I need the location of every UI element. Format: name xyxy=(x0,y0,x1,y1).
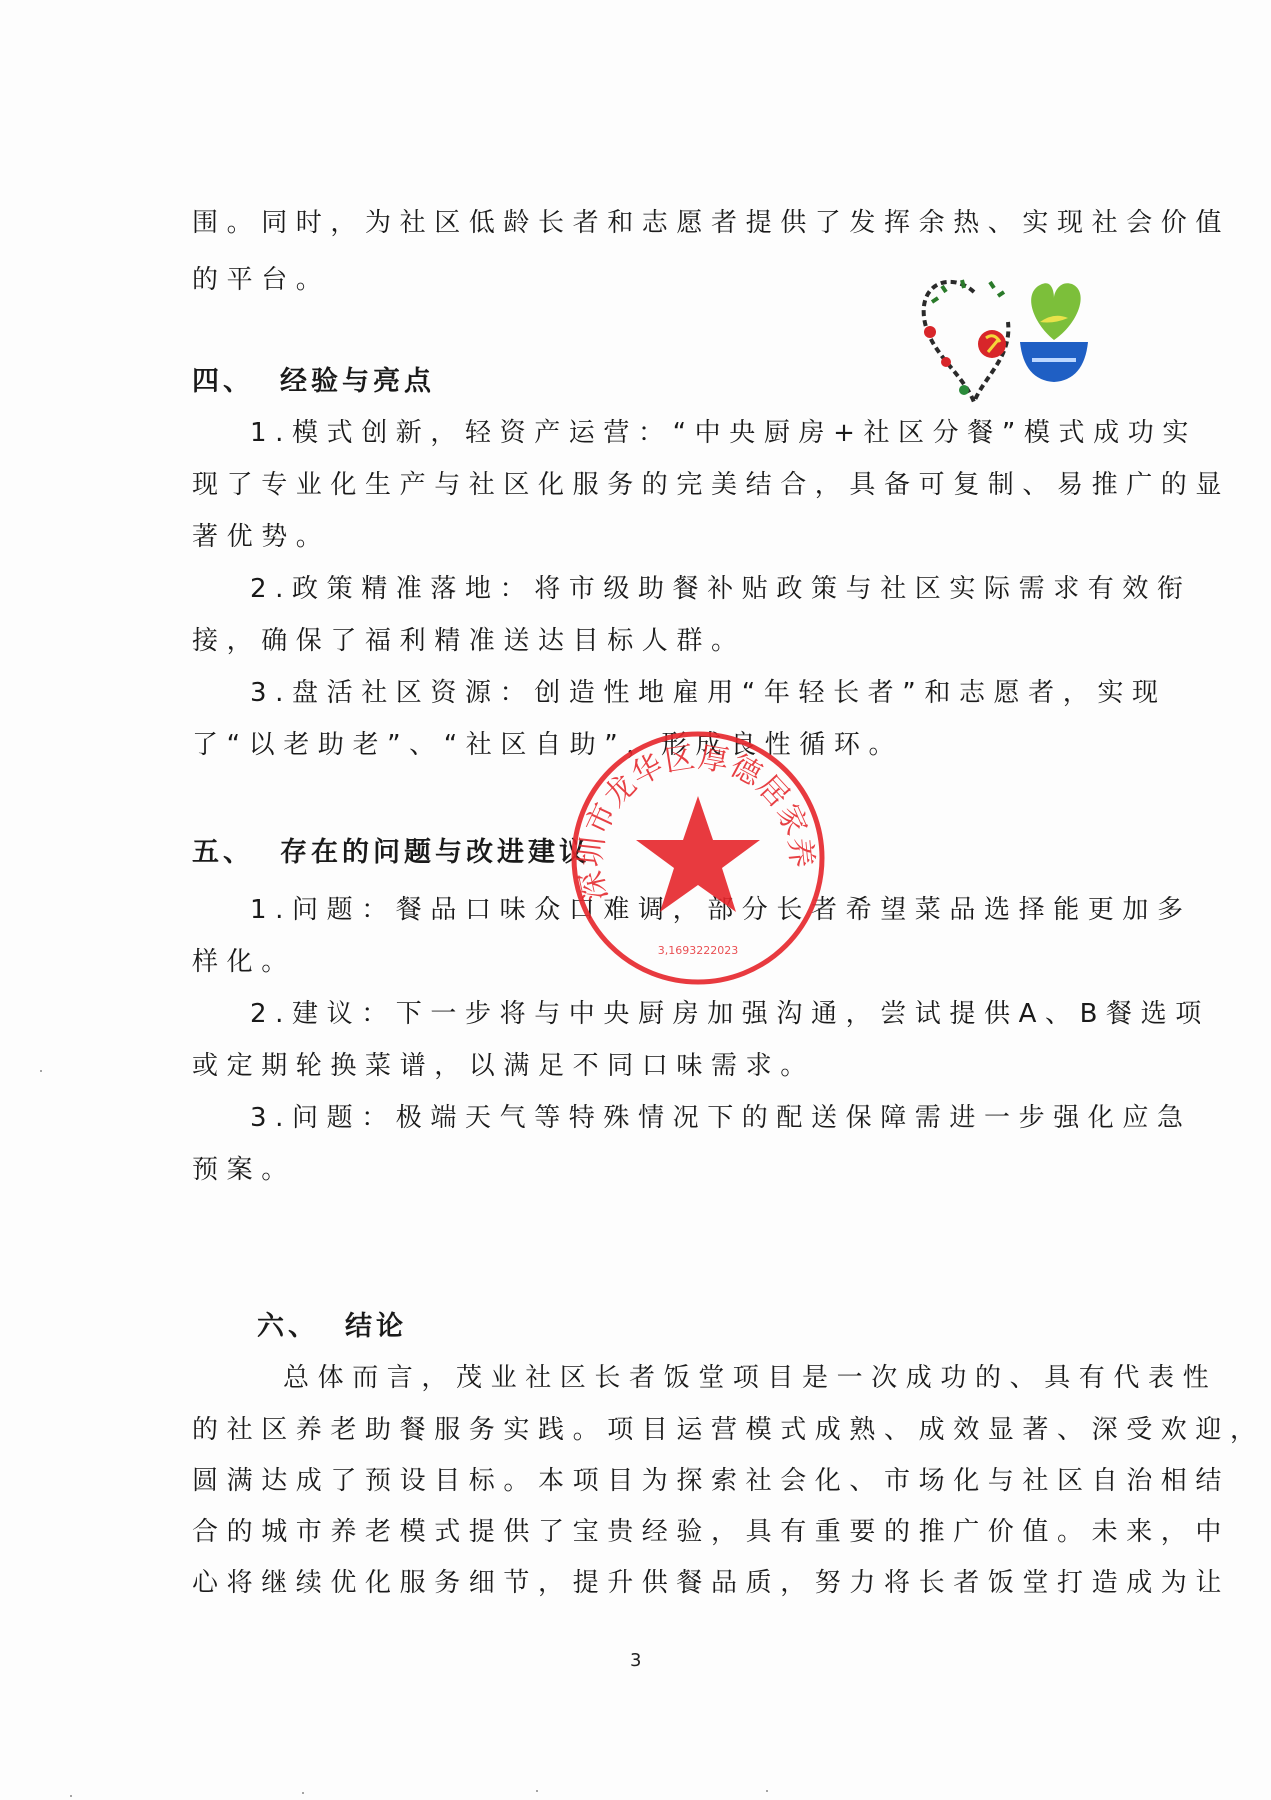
list-item-line: 3.问题：极端天气等特殊情况下的配送保障需进一步强化应急 xyxy=(250,1098,1092,1138)
list-item-line: 3.盘活社区资源：创造性地雇用“年轻长者”和志愿者，实现 xyxy=(250,673,1092,713)
section-heading-5: 五、存在的问题与改进建议 xyxy=(192,833,1092,873)
body-text-line: 的平台。 xyxy=(192,260,1092,300)
list-item-line: 了“以老助老”、“社区自助”，形成良性循环。 xyxy=(192,725,1092,765)
list-item-line: 或定期轮换菜谱，以满足不同口味需求。 xyxy=(192,1046,1092,1086)
list-item-line: 接，确保了福利精准送达目标人群。 xyxy=(192,621,1092,661)
section-title: 结论 xyxy=(345,1311,407,1342)
body-text-line: 总体而言，茂业社区长者饭堂项目是一次成功的、具有代表性 xyxy=(283,1358,1093,1398)
body-text-line: 的社区养老助餐服务实践。项目运营模式成熟、成效显著、深受欢迎， xyxy=(192,1410,1092,1450)
body-text-line: 合的城市养老模式提供了宝贵经验，具有重要的推广价值。未来，中 xyxy=(192,1512,1092,1552)
scan-speck xyxy=(302,1792,304,1794)
section-title: 存在的问题与改进建议 xyxy=(280,837,590,868)
section-heading-4: 四、经验与亮点 xyxy=(192,362,1092,402)
section-title: 经验与亮点 xyxy=(280,366,435,397)
body-text-line: 圆满达成了预设目标。本项目为探索社会化、市场化与社区自治相结 xyxy=(192,1461,1092,1501)
body-text-line: 心将继续优化服务细节，提升供餐品质，努力将长者饭堂打造成为让 xyxy=(192,1563,1092,1603)
section-number: 四、 xyxy=(192,366,254,397)
section-heading-6: 六、结论 xyxy=(257,1307,1157,1347)
list-item-line: 2.政策精准落地：将市级助餐补贴政策与社区实际需求有效衔 xyxy=(250,569,1092,609)
list-item-line: 2.建议：下一步将与中央厨房加强沟通，尝试提供A、B餐选项 xyxy=(250,994,1092,1034)
list-item-line: 预案。 xyxy=(192,1150,1092,1190)
scan-speck xyxy=(40,1070,42,1072)
list-item-line: 样化。 xyxy=(192,942,1092,982)
document-page: 围。同时，为社区低龄长者和志愿者提供了发挥余热、实现社会价值 的平台。 四、经验… xyxy=(0,0,1271,1800)
scan-speck xyxy=(536,1790,538,1792)
body-text-line: 围。同时，为社区低龄长者和志愿者提供了发挥余热、实现社会价值 xyxy=(192,203,1092,243)
page-number: 3 xyxy=(630,1650,641,1671)
list-item-line: 1.模式创新，轻资产运营：“中央厨房+社区分餐”模式成功实 xyxy=(250,413,1092,453)
scan-speck xyxy=(766,1790,768,1792)
scan-speck xyxy=(70,1795,72,1797)
list-item-line: 现了专业化生产与社区化服务的完美结合，具备可复制、易推广的显 xyxy=(192,465,1092,505)
list-item-line: 1.问题：餐品口味众口难调，部分长者希望菜品选择能更加多 xyxy=(250,890,1092,930)
section-number: 五、 xyxy=(192,837,254,868)
section-number: 六、 xyxy=(257,1311,319,1342)
list-item-line: 著优势。 xyxy=(192,517,1092,557)
